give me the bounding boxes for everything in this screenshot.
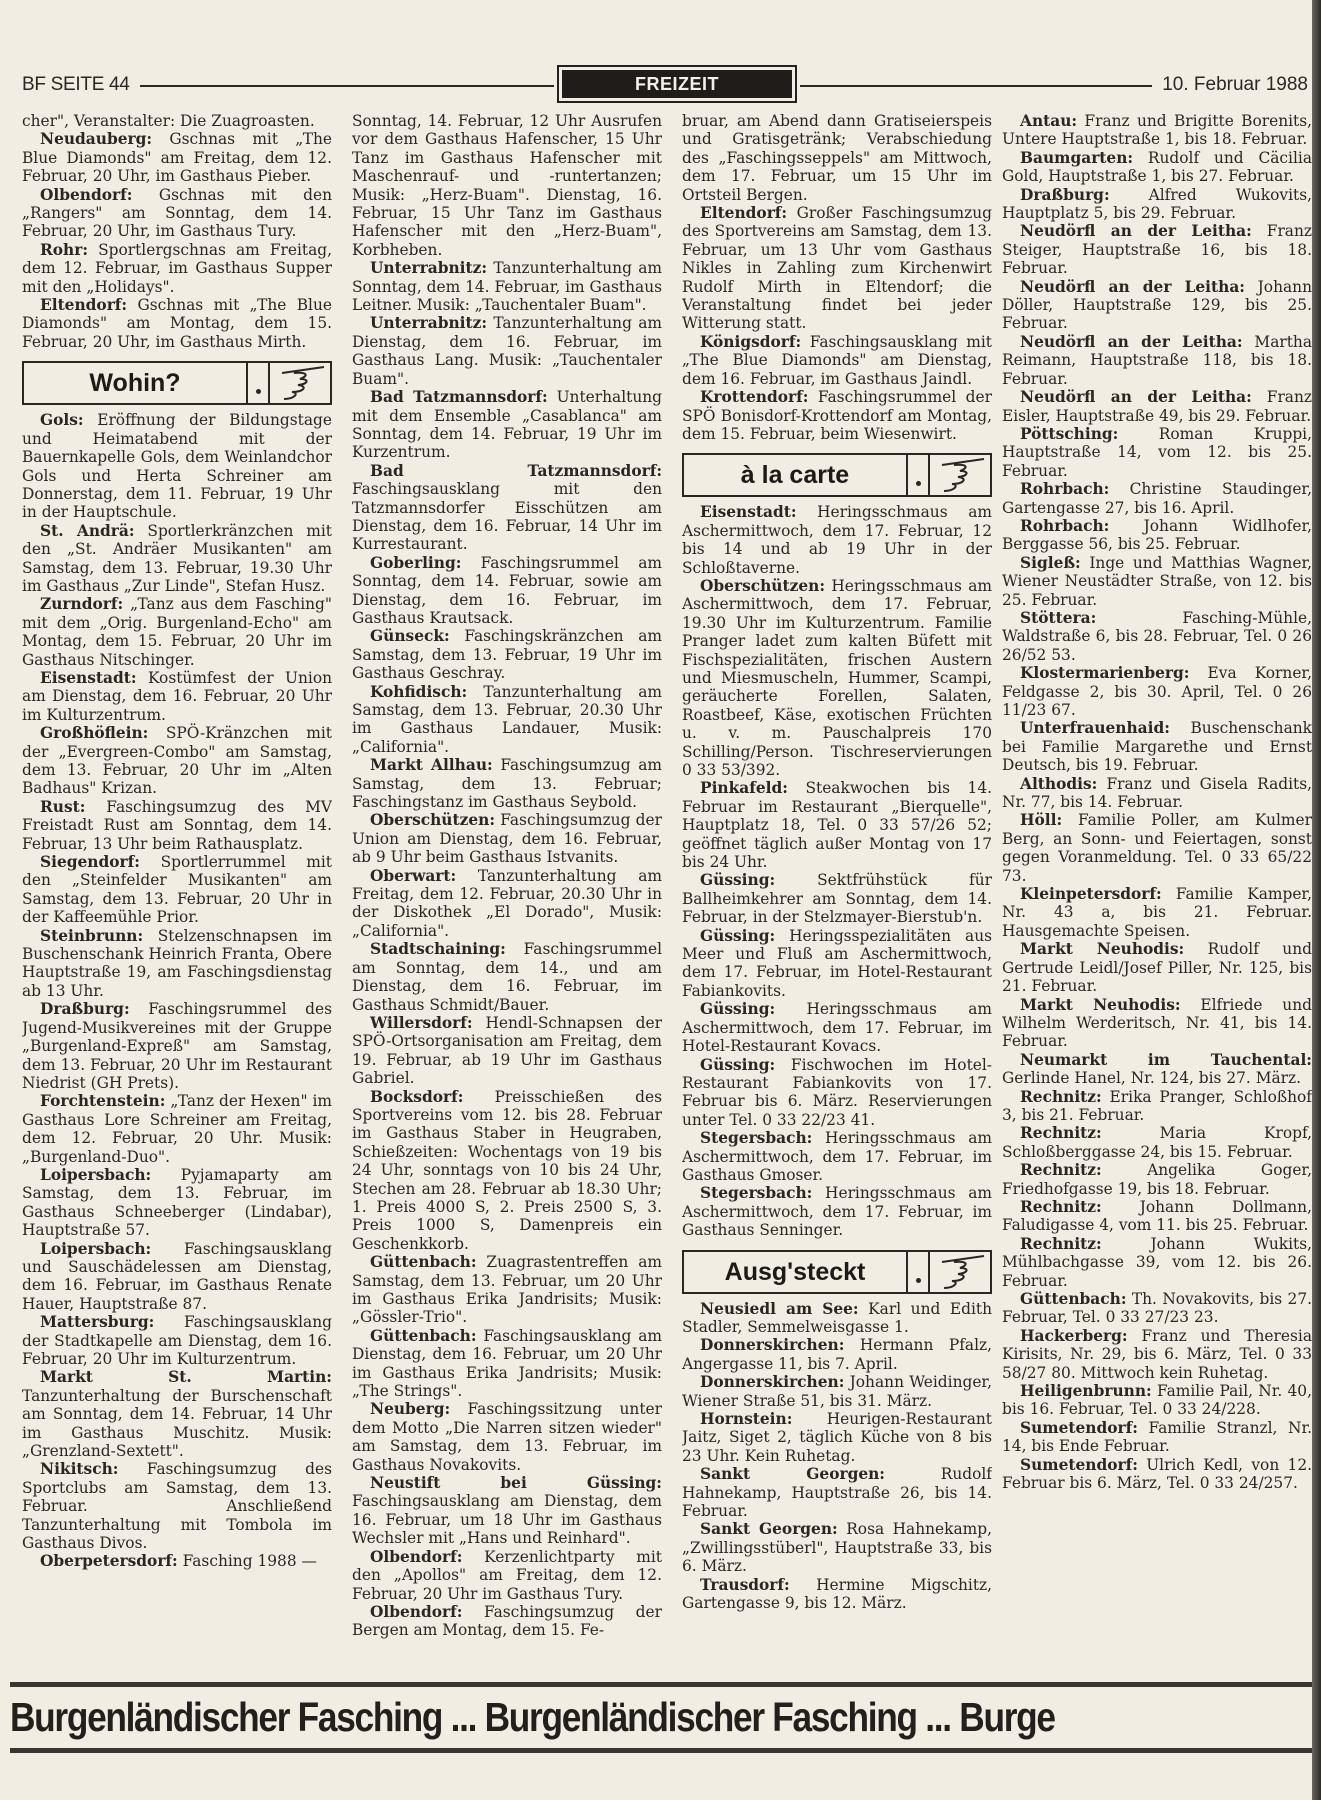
listing-place: Rust: xyxy=(40,798,85,816)
listing-text: Faschingsausklang am Dienstag, dem 16. F… xyxy=(352,1492,662,1547)
listing-entry: Güssing: Fischwochen im Hotel-Restaurant… xyxy=(682,1056,992,1130)
section-box: FREIZEIT xyxy=(557,65,797,103)
listing-place: Gols: xyxy=(40,411,84,429)
listing-place: Sigleß: xyxy=(1020,554,1081,572)
listing-entry: Draßburg: Faschingsrummel des Jugend-Mus… xyxy=(22,1000,332,1092)
listing-entry: Olbendorf: Kerzenlichtparty mit den „Apo… xyxy=(352,1548,662,1603)
listing-place: Kleinpetersdorf: xyxy=(1020,885,1162,903)
listing-place: Pöttsching: xyxy=(1020,425,1118,443)
listing-entry: Rechnitz: Angelika Goger, Friedhofgasse … xyxy=(1002,1161,1312,1198)
listing-place: Forchtenstein: xyxy=(40,1092,165,1110)
listing-entry: Unterrabnitz: Tanzunterhaltung am Dienst… xyxy=(352,314,662,388)
listing-entry: Markt St. Martin: Tanzunterhaltung der B… xyxy=(22,1368,332,1460)
listing-place: Unterrabnitz: xyxy=(370,314,487,332)
listing-text: Preisschießen des Sportvereins vom 12. b… xyxy=(352,1088,662,1253)
listing-place: Kohfidisch: xyxy=(370,683,467,701)
listing-place: Nikitsch: xyxy=(40,1460,118,1478)
listing-place: Güssing: xyxy=(700,927,775,945)
listing-place: Unterrabnitz: xyxy=(370,259,487,277)
listing-entry: Markt Neuhodis: Elfriede und Wilhelm Wer… xyxy=(1002,996,1312,1051)
listing-place: Mattersburg: xyxy=(40,1313,154,1331)
page-edge-shadow xyxy=(1312,0,1321,1800)
listing-place: Sumetendorf: xyxy=(1020,1456,1138,1474)
listing-place: Markt Allhau: xyxy=(370,756,493,774)
page-label: BF SEITE 44 xyxy=(22,74,130,96)
listing-place: Neusiedl am See: xyxy=(700,1300,859,1318)
listing-entry: Eisenstadt: Heringsschmaus am Aschermitt… xyxy=(682,503,992,577)
listing-entry: Güssing: Heringsspezialitäten aus Meer u… xyxy=(682,927,992,1001)
listing-entry: Loipersbach: Pyjamaparty am Samstag, dem… xyxy=(22,1166,332,1240)
listing-entry: Trausdorf: Hermine Migschitz, Gartengass… xyxy=(682,1576,992,1613)
listing-place: Oberwart: xyxy=(370,867,456,885)
listing-place: Draßburg: xyxy=(40,1000,130,1018)
listing-entry: Donnerskirchen: Hermann Pfalz, Angergass… xyxy=(682,1336,992,1373)
page-header: BF SEITE 44 FREIZEIT 10. Februar 1988 xyxy=(22,62,1312,108)
event-list-top: Neudauberg: Gschnas mit „The Blue Diamon… xyxy=(22,130,332,351)
listing-place: Pinkafeld: xyxy=(700,779,788,797)
listing-text: Gerlinde Hanel, Nr. 124, bis 27. März. xyxy=(1002,1069,1301,1087)
listing-entry: Markt Allhau: Faschingsumzug am Samstag,… xyxy=(352,756,662,811)
heurigen-list: Neusiedl am See: Karl und Edith Stadler,… xyxy=(682,1300,992,1613)
column-3: bruar, am Abend dann Gratiseierspeis und… xyxy=(682,112,992,1668)
listing-entry: Althodis: Franz und Gisela Radits, Nr. 7… xyxy=(1002,775,1312,812)
listing-place: Großhöflein: xyxy=(40,724,148,742)
listing-place: Donnerskirchen: xyxy=(700,1373,844,1391)
listing-entry: Großhöflein: SPÖ-Kränzchen mit der „Ever… xyxy=(22,724,332,798)
listing-entry: Rust: Faschingsumzug des MV Freistadt Ru… xyxy=(22,798,332,853)
continued-text: Sonntag, 14. Februar, 12 Uhr Ausrufen vo… xyxy=(352,112,662,259)
listing-entry: Bad Tatzmannsdorf: Unterhaltung mit dem … xyxy=(352,388,662,462)
listing-place: Güssing: xyxy=(700,871,775,889)
listing-entry: Goberling: Faschingsrummel am Sonntag, d… xyxy=(352,554,662,628)
rubric-title: Wohin? xyxy=(24,363,246,403)
listing-place: Olbendorf: xyxy=(40,186,132,204)
listing-entry: Neustift bei Güssing: Faschingsausklang … xyxy=(352,1474,662,1548)
listing-text: Tanzunterhaltung der Burschenschaft am S… xyxy=(22,1387,332,1460)
listing-place: Neuberg: xyxy=(370,1400,450,1418)
listing-entry: Draßburg: Alfred Wukovits, Hauptplatz 5,… xyxy=(1002,186,1312,223)
listing-place: Bad Tatzmannsdorf: xyxy=(370,462,662,480)
column-1: cher", Veranstalter: Die Zuagroasten. Ne… xyxy=(22,112,332,1668)
listing-place: Olbendorf: xyxy=(370,1548,462,1566)
listing-entry: Willersdorf: Hendl-Schnapsen der SPÖ-Ort… xyxy=(352,1014,662,1088)
footer-banner: Burgenländischer Fasching ... Burgenländ… xyxy=(10,1694,1130,1741)
listing-place: Eisenstadt: xyxy=(700,503,797,521)
listing-entry: Kleinpetersdorf: Familie Kamper, Nr. 43 … xyxy=(1002,885,1312,940)
listing-entry: Markt Neuhodis: Rudolf und Gertrude Leid… xyxy=(1002,940,1312,995)
listing-place: Neudörfl an der Leitha: xyxy=(1020,222,1252,240)
listing-text: Faschingsausklang mit den Tatzmannsdorfe… xyxy=(352,480,662,553)
listing-place: Neudörfl an der Leitha: xyxy=(1020,388,1252,406)
listing-entry: Pinkafeld: Steakwochen bis 14. Februar i… xyxy=(682,779,992,871)
listing-entry: Güttenbach: Faschingsausklang am Diensta… xyxy=(352,1327,662,1401)
column-4: Antau: Franz und Brigitte Borenits, Unte… xyxy=(1002,112,1312,1668)
listing-entry: Güttenbach: Zuagrastentreffen am Samstag… xyxy=(352,1253,662,1327)
listing-entry: Rohrbach: Christine Staudinger, Gartenga… xyxy=(1002,480,1312,517)
listing-place: Eisenstadt: xyxy=(40,669,137,687)
listing-entry: Neudörfl an der Leitha: Martha Reimann, … xyxy=(1002,333,1312,388)
issue-date: 10. Februar 1988 xyxy=(1162,74,1308,96)
listing-place: Donnerskirchen: xyxy=(700,1336,844,1354)
listing-entry: Olbendorf: Faschingsumzug der Bergen am … xyxy=(352,1603,662,1640)
listing-place: Sankt Georgen: xyxy=(700,1465,885,1483)
rubric-title: Ausg'steckt xyxy=(684,1252,906,1292)
listing-entry: Eltendorf: Gschnas mit „The Blue Diamond… xyxy=(22,296,332,351)
listing-entry: Gols: Eröffnung der Bildungstage und Hei… xyxy=(22,411,332,521)
heurigen-list: Antau: Franz und Brigitte Borenits, Unte… xyxy=(1002,112,1312,1492)
rubric-a-la-carte: à la carte xyxy=(682,453,992,497)
rubric-wohin: Wohin? xyxy=(22,361,332,405)
listing-entry: Neusiedl am See: Karl und Edith Stadler,… xyxy=(682,1300,992,1337)
listing-entry: Rechnitz: Johann Dollmann, Faludigasse 4… xyxy=(1002,1198,1312,1235)
listing-place: Bocksdorf: xyxy=(370,1088,463,1106)
listing-entry: Hackerberg: Franz und Theresia Kirisits,… xyxy=(1002,1327,1312,1382)
article-columns: cher", Veranstalter: Die Zuagroasten. Ne… xyxy=(22,112,1312,1668)
pointing-hand-icon xyxy=(270,363,330,403)
listing-entry: Klostermarienberg: Eva Korner, Feldgasse… xyxy=(1002,664,1312,719)
listing-entry: Sumetendorf: Ulrich Kedl, von 12. Februa… xyxy=(1002,1456,1312,1493)
listing-entry: Krottendorf: Faschingsrummel der SPÖ Bon… xyxy=(682,388,992,443)
listing-entry: Neudauberg: Gschnas mit „The Blue Diamon… xyxy=(22,130,332,185)
listing-entry: Unterfrauenhaid: Buschenschank bei Famil… xyxy=(1002,719,1312,774)
listing-place: Rechnitz: xyxy=(1020,1198,1102,1216)
listing-entry: Unterrabnitz: Tanzunterhaltung am Sonnta… xyxy=(352,259,662,314)
rubric-dot xyxy=(906,455,930,495)
listing-entry: Kohfidisch: Tanzunterhaltung am Samstag,… xyxy=(352,683,662,757)
listing-place: Güttenbach: xyxy=(370,1327,477,1345)
listing-place: Hornstein: xyxy=(700,1410,792,1428)
listing-entry: Neudörfl an der Leitha: Franz Steiger, H… xyxy=(1002,222,1312,277)
listing-place: Neudauberg: xyxy=(40,130,152,148)
listing-entry: Königsdorf: Faschingsausklang mit „The B… xyxy=(682,333,992,388)
listing-place: Klostermarienberg: xyxy=(1020,664,1189,682)
listing-entry: Güssing: Sektfrühstück für Ballheimkehre… xyxy=(682,871,992,926)
listing-place: Neudörfl an der Leitha: xyxy=(1020,333,1243,351)
listing-place: Oberpetersdorf: xyxy=(40,1552,178,1570)
listing-place: Heiligenbrunn: xyxy=(1020,1382,1152,1400)
listing-place: Markt Neuhodis: xyxy=(1020,940,1184,958)
listing-place: Neumarkt im Tauchental: xyxy=(1020,1051,1312,1069)
listing-place: Rohr: xyxy=(40,241,88,259)
listing-place: Loipersbach: xyxy=(40,1240,151,1258)
continued-text: cher", Veranstalter: Die Zuagroasten. xyxy=(22,112,332,130)
listing-place: Neustift bei Güssing: xyxy=(370,1474,662,1492)
listing-place: Güttenbach: xyxy=(370,1253,477,1271)
listing-entry: Güssing: Heringsschmaus am Aschermittwoc… xyxy=(682,1000,992,1055)
listing-place: Günseck: xyxy=(370,627,450,645)
listing-text: Großer Faschingsumzug des Sportvereins a… xyxy=(682,204,992,332)
event-list: Unterrabnitz: Tanzunterhaltung am Sonnta… xyxy=(352,259,662,1639)
listing-entry: Sankt Georgen: Rudolf Hahnekamp, Hauptst… xyxy=(682,1465,992,1520)
listing-place: Stegersbach: xyxy=(700,1184,812,1202)
listing-entry: Rechnitz: Erika Pranger, Schloßhof 3, bi… xyxy=(1002,1088,1312,1125)
listing-place: Oberschützen: xyxy=(370,811,495,829)
listing-entry: Neudörfl an der Leitha: Johann Döller, H… xyxy=(1002,278,1312,333)
listing-place: Bad Tatzmannsdorf: xyxy=(370,388,548,406)
listing-place: Willersdorf: xyxy=(370,1014,473,1032)
listing-entry: Neuberg: Faschingssitzung unter dem Mott… xyxy=(352,1400,662,1474)
listing-entry: Loipersbach: Faschingsausklang und Sausc… xyxy=(22,1240,332,1314)
listing-place: Unterfrauenhaid: xyxy=(1020,719,1170,737)
section-title: FREIZEIT xyxy=(562,70,792,98)
event-list-wohin: Gols: Eröffnung der Bildungstage und Hei… xyxy=(22,411,332,1571)
listing-entry: Höll: Familie Poller, am Kulmer Berg, an… xyxy=(1002,811,1312,885)
listing-entry: Sankt Georgen: Rosa Hahnekamp, „Zwilling… xyxy=(682,1520,992,1575)
listing-place: Antau: xyxy=(1020,112,1077,130)
listing-place: Baumgarten: xyxy=(1020,149,1133,167)
listing-place: Neudörfl an der Leitha: xyxy=(1020,278,1245,296)
listing-entry: Zurndorf: „Tanz aus dem Fasching" mit de… xyxy=(22,595,332,669)
rubric-title: à la carte xyxy=(684,455,906,495)
listing-entry: Steinbrunn: Stelzenschnapsen im Buschens… xyxy=(22,927,332,1001)
listing-place: Althodis: xyxy=(1020,775,1097,793)
listing-place: Olbendorf: xyxy=(370,1603,462,1621)
rubric-ausgsteckt: Ausg'steckt xyxy=(682,1250,992,1294)
listing-entry: Pöttsching: Roman Kruppi, Hauptstraße 14… xyxy=(1002,425,1312,480)
listing-entry: Baumgarten: Rudolf und Cäcilia Gold, Hau… xyxy=(1002,149,1312,186)
rubric-dot xyxy=(246,363,270,403)
listing-place: Rechnitz: xyxy=(1020,1161,1102,1179)
listing-place: Güssing: xyxy=(700,1000,775,1018)
header-rule-right xyxy=(800,85,1152,87)
listing-place: Eltendorf: xyxy=(700,204,787,222)
listing-entry: Eltendorf: Großer Faschingsumzug des Spo… xyxy=(682,204,992,333)
listing-place: Draßburg: xyxy=(1020,186,1110,204)
listing-entry: Bad Tatzmannsdorf: Faschingsausklang mit… xyxy=(352,462,662,554)
listing-entry: Neudörfl an der Leitha: Franz Eisler, Ha… xyxy=(1002,388,1312,425)
listing-place: Stegersbach: xyxy=(700,1129,812,1147)
listing-place: Krottendorf: xyxy=(700,388,808,406)
listing-entry: Oberpetersdorf: Fasching 1988 — xyxy=(22,1552,332,1570)
restaurant-list: Eisenstadt: Heringsschmaus am Aschermitt… xyxy=(682,503,992,1239)
listing-place: Rechnitz: xyxy=(1020,1235,1102,1253)
listing-entry: St. Andrä: Sportlerkränzchen mit den „St… xyxy=(22,522,332,596)
listing-entry: Oberschützen: Heringsschmaus am Aschermi… xyxy=(682,577,992,779)
listing-entry: Olbendorf: Gschnas mit den „Rangers" am … xyxy=(22,186,332,241)
listing-place: Loipersbach: xyxy=(40,1166,151,1184)
listing-place: Rechnitz: xyxy=(1020,1088,1102,1106)
listing-place: Oberschützen: xyxy=(700,577,825,595)
listing-place: Markt Neuhodis: xyxy=(1020,996,1181,1014)
listing-entry: Rohr: Sportlergschnas am Freitag, dem 12… xyxy=(22,241,332,296)
listing-place: Markt St. Martin: xyxy=(40,1368,332,1386)
listing-place: Zurndorf: xyxy=(40,595,123,613)
listing-place: Rechnitz: xyxy=(1020,1124,1102,1142)
listing-place: Stöttera: xyxy=(1020,609,1096,627)
continued-text: bruar, am Abend dann Gratiseierspeis und… xyxy=(682,112,992,204)
listing-entry: Sigleß: Inge und Matthias Wagner, Wiener… xyxy=(1002,554,1312,609)
listing-entry: Siegendorf: Sportlerrummel mit den „Stei… xyxy=(22,853,332,927)
listing-entry: Oberwart: Tanzunterhaltung am Freitag, d… xyxy=(352,867,662,941)
listing-entry: Nikitsch: Faschingsumzug des Sportclubs … xyxy=(22,1460,332,1552)
listing-place: Königsdorf: xyxy=(700,333,801,351)
listing-entry: Günseck: Faschingskränzchen am Samstag, … xyxy=(352,627,662,682)
listing-entry: Hornstein: Heurigen-Restaurant Jaitz, Si… xyxy=(682,1410,992,1465)
pointing-hand-icon xyxy=(930,455,990,495)
pointing-hand-icon xyxy=(930,1252,990,1292)
listing-entry: Güttenbach: Th. Novakovits, bis 27. Febr… xyxy=(1002,1290,1312,1327)
listing-entry: Donnerskirchen: Johann Weidinger, Wiener… xyxy=(682,1373,992,1410)
listing-place: Goberling: xyxy=(370,554,461,572)
listing-place: Höll: xyxy=(1020,811,1062,829)
listing-entry: Stöttera: Fasching-Mühle, Waldstraße 6, … xyxy=(1002,609,1312,664)
listing-place: Güttenbach: xyxy=(1020,1290,1127,1308)
listing-entry: Stegersbach: Heringsschmaus am Aschermit… xyxy=(682,1129,992,1184)
listing-place: Steinbrunn: xyxy=(40,927,143,945)
footer-rule-top xyxy=(10,1682,1312,1687)
listing-place: Sankt Georgen: xyxy=(700,1520,838,1538)
listing-entry: Oberschützen: Faschingsumzug der Union a… xyxy=(352,811,662,866)
listing-place: Rohrbach: xyxy=(1020,517,1109,535)
listing-place: Sumetendorf: xyxy=(1020,1419,1138,1437)
listing-place: Eltendorf: xyxy=(40,296,127,314)
listing-entry: Bocksdorf: Preisschießen des Sportverein… xyxy=(352,1088,662,1254)
listing-entry: Sumetendorf: Familie Stranzl, Nr. 14, bi… xyxy=(1002,1419,1312,1456)
listing-place: Güssing: xyxy=(700,1056,775,1074)
listing-place: Hackerberg: xyxy=(1020,1327,1128,1345)
listing-place: Siegendorf: xyxy=(40,853,140,871)
column-2: Sonntag, 14. Februar, 12 Uhr Ausrufen vo… xyxy=(352,112,662,1668)
listing-entry: Forchtenstein: „Tanz der Hexen" im Gasth… xyxy=(22,1092,332,1166)
listing-text: Fasching 1988 — xyxy=(178,1552,317,1570)
event-list-top: Eltendorf: Großer Faschingsumzug des Spo… xyxy=(682,204,992,443)
listing-entry: Stadtschaining: Faschingsrummel am Sonnt… xyxy=(352,940,662,1014)
listing-entry: Antau: Franz und Brigitte Borenits, Unte… xyxy=(1002,112,1312,149)
listing-entry: Mattersburg: Faschingsausklang der Stadt… xyxy=(22,1313,332,1368)
rubric-dot xyxy=(906,1252,930,1292)
listing-place: Trausdorf: xyxy=(700,1576,790,1594)
listing-place: Stadtschaining: xyxy=(370,940,506,958)
footer-rule-bottom xyxy=(10,1748,1312,1753)
listing-place: St. Andrä: xyxy=(40,522,135,540)
listing-entry: Stegersbach: Heringsschmaus am Aschermit… xyxy=(682,1184,992,1239)
listing-entry: Rechnitz: Johann Wukits, Mühlbachgasse 3… xyxy=(1002,1235,1312,1290)
listing-entry: Rohrbach: Johann Widlhofer, Berggasse 56… xyxy=(1002,517,1312,554)
listing-entry: Eisenstadt: Kostümfest der Union am Dien… xyxy=(22,669,332,724)
header-rule-left xyxy=(140,85,554,87)
listing-place: Rohrbach: xyxy=(1020,480,1109,498)
listing-text: Heringsschmaus am Aschermittwoch, dem 17… xyxy=(682,577,992,779)
listing-entry: Rechnitz: Maria Kropf, Schloßberggasse 2… xyxy=(1002,1124,1312,1161)
listing-entry: Heiligenbrunn: Familie Pail, Nr. 40, bis… xyxy=(1002,1382,1312,1419)
listing-entry: Neumarkt im Tauchental: Gerlinde Hanel, … xyxy=(1002,1051,1312,1088)
